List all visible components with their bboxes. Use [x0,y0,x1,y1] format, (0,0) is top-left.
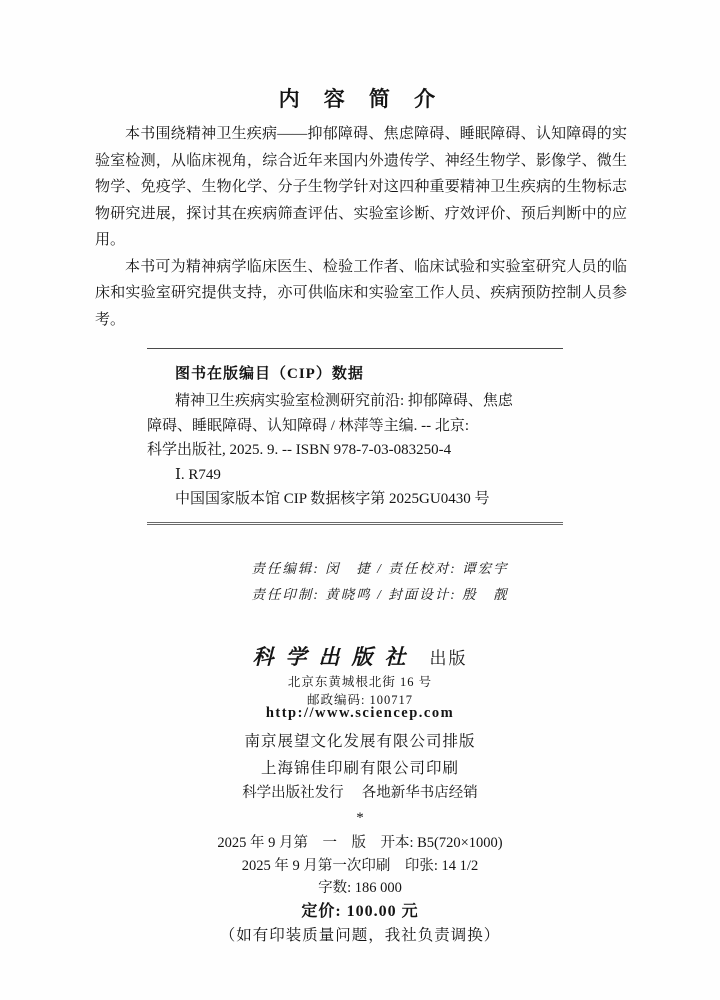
edition-line: 2025 年 9 月第 一 版 开本: B5(720×1000) [0,831,720,852]
content-summary-block: 本书围绕精神卫生疾病——抑郁障碍、焦虑障碍、睡眠障碍、认知障碍的实验室检测，从临… [95,121,627,333]
quality-note-line: （如有印装质量问题，我社负责调换） [0,923,720,945]
science-press-logo: 科学出版社 [253,645,418,669]
cip-record-number-line: 中国国家版本馆 CIP 数据核字第 2025GU0430 号 [175,487,563,512]
publisher-address: 北京东黄城根北街 16 号 [0,672,720,690]
distribution-line: 科学出版社发行 各地新华书店经销 [0,781,720,802]
publisher-url: http://www.sciencep.com [0,705,720,722]
separator-asterisk: * [0,810,720,827]
cip-line: 障碍、睡眠障碍、认知障碍 / 林萍等主编. -- 北京: [147,414,563,439]
cip-heading: 图书在版编目（CIP）数据 [175,362,563,383]
cip-line: 科学出版社, 2025. 9. -- ISBN 978-7-03-083250-… [147,438,563,463]
book-copyright-page: 内 容 简 介 本书围绕精神卫生疾病——抑郁障碍、焦虑障碍、睡眠障碍、认知障碍的… [0,0,720,1000]
intro-paragraph-1: 本书围绕精神卫生疾病——抑郁障碍、焦虑障碍、睡眠障碍、认知障碍的实验室检测，从临… [95,121,627,254]
staff-credits-block: 责任编辑: 闵 捷 / 责任校对: 谭宏宇 责任印制: 黄晓鸣 / 封面设计: … [0,556,720,608]
typesetter-line: 南京展望文化发展有限公司排版 [0,729,720,751]
content-summary-title: 内 容 简 介 [0,83,720,113]
impression-line: 2025 年 9 月第一次印刷 印张: 14 1/2 [0,854,720,875]
publisher-suffix: 出版 [430,649,468,668]
printer-line: 上海锦佳印刷有限公司印刷 [0,756,720,778]
word-count-line: 字数: 186 000 [0,876,720,897]
price-line: 定价: 100.00 元 [0,898,720,921]
publisher-line: 科学出版社 出版 [0,641,720,671]
cip-line: 精神卫生疾病实验室检测研究前沿: 抑郁障碍、焦虑 [175,389,563,414]
cip-data-block: 图书在版编目（CIP）数据 精神卫生疾病实验室检测研究前沿: 抑郁障碍、焦虑 障… [147,348,563,525]
cip-classification-line: Ⅰ. R749 [175,463,563,488]
credits-editing-line: 责任编辑: 闵 捷 / 责任校对: 谭宏宇 [40,556,720,582]
credits-printing-line: 责任印制: 黄晓鸣 / 封面设计: 殷 靓 [40,582,720,608]
intro-paragraph-2: 本书可为精神病学临床医生、检验工作者、临床试验和实验室研究人员的临床和实验室研究… [95,254,627,334]
